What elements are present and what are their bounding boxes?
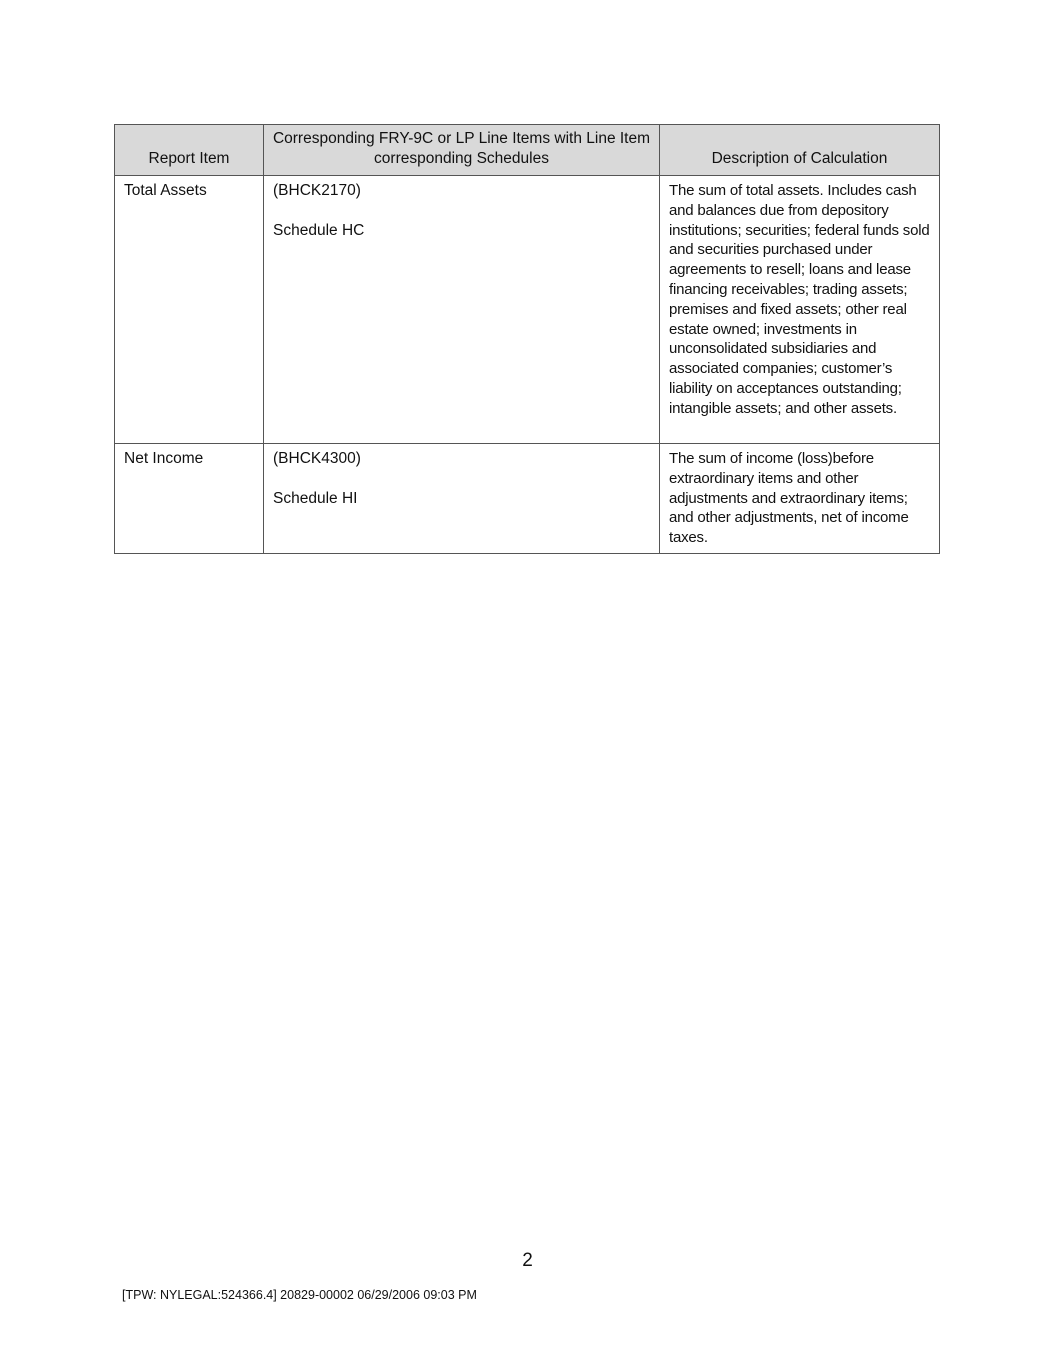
description-cell: The sum of total assets. Includes cash a… xyxy=(660,176,940,444)
line-item-cell: (BHCK2170) Schedule HC xyxy=(264,176,660,444)
line-item-cell: (BHCK4300) Schedule HI xyxy=(264,444,660,554)
header-line-items: Corresponding FRY-9C or LP Line Items wi… xyxy=(264,125,660,176)
table-row: Net Income (BHCK4300) Schedule HI The su… xyxy=(115,444,940,554)
table-header-row: Report Item Corresponding FRY-9C or LP L… xyxy=(115,125,940,176)
schedule-name: Schedule HC xyxy=(273,221,650,241)
report-item-cell: Total Assets xyxy=(115,176,264,444)
schedule-name: Schedule HI xyxy=(273,489,650,509)
report-item-cell: Net Income xyxy=(115,444,264,554)
line-item-code: (BHCK2170) xyxy=(273,182,361,199)
table-row: Total Assets (BHCK2170) Schedule HC The … xyxy=(115,176,940,444)
header-report-item: Report Item xyxy=(115,125,264,176)
document-footer: [TPW: NYLEGAL:524366.4] 20829-00002 06/2… xyxy=(122,1288,477,1302)
header-description: Description of Calculation xyxy=(660,125,940,176)
page-number: 2 xyxy=(0,1250,1055,1272)
report-items-table: Report Item Corresponding FRY-9C or LP L… xyxy=(114,124,940,554)
description-cell: The sum of income (loss)before extraordi… xyxy=(660,444,940,554)
line-item-code: (BHCK4300) xyxy=(273,450,361,467)
